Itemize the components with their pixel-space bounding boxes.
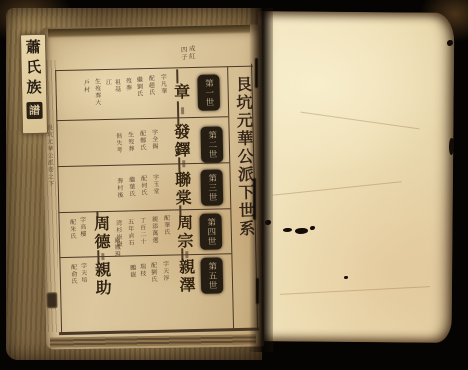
ancestor-name-gen1: 章: [169, 83, 192, 102]
annotation-column: 蟲鳳現: [113, 237, 120, 258]
annotation-column: 江: [104, 79, 111, 86]
chart-border-top: [55, 66, 253, 71]
annotation-column: 字高樓: [78, 216, 85, 237]
annotation-column: 鵬嶽: [129, 264, 136, 278]
annotation-column: 繼葉氏: [128, 176, 135, 197]
binding-stitch: [256, 278, 259, 304]
annotation-column: 配趙氏: [147, 75, 154, 96]
annotation-column: 配俞氏: [70, 264, 77, 285]
annotation-column: 生歿葬大: [93, 78, 101, 106]
annotation-column: 歿葬: [124, 77, 131, 91]
ancestor-name-gen3: 聯棠: [170, 171, 194, 208]
generation-label-1: 第一世: [197, 74, 220, 110]
ancestor-name-gen4a: 周宗: [172, 214, 196, 251]
annotation-column: 親添萬選: [150, 216, 158, 244]
generation-label-4: 第四世: [199, 213, 222, 249]
annotation-column: 字全錫: [151, 129, 158, 150]
link-annotation-mark: [181, 107, 184, 114]
generation-label-3: 第三世: [200, 169, 223, 205]
annotation-column: 字天淳: [161, 261, 168, 282]
annotation-column: 配鄭氏: [139, 130, 146, 151]
annotation-column: 俱失考: [115, 133, 122, 154]
ancestor-name-gen5a: 親澤: [174, 258, 198, 295]
ancestor-name-gen5b: 親助: [90, 261, 114, 298]
top-note-right-column: 成紅: [188, 45, 197, 60]
ink-stain: [449, 138, 454, 155]
ancestor-name-gen4b: 周德: [89, 215, 113, 252]
top-note-left-column: 四子: [180, 46, 189, 61]
annotation-column: 生歿葬: [127, 131, 134, 152]
annotation-column: 配何氏: [140, 175, 147, 196]
annotation-column: 祖基: [113, 79, 120, 93]
annotation-column: 五年貞石: [127, 218, 135, 246]
fold-edge-text: 艮坑元華公派卷之下: [44, 124, 54, 187]
lineage-connector-top: [176, 69, 178, 83]
band-line-3: [58, 208, 230, 213]
annotation-column: 丁百二十: [139, 217, 147, 245]
genealogy-chart: 艮坑元華公派下世系 成紅 四子 第一世 第二世 第三世 第四世 第五世 章 發鐸…: [37, 42, 266, 349]
band-line-1: [56, 116, 228, 121]
edge-stamp: [46, 292, 57, 308]
link-annotation-mark: [101, 253, 104, 260]
annotation-column: 字凡華: [159, 74, 166, 95]
lineage-connector-1-2: [177, 101, 179, 125]
annotation-column: 字天培: [80, 262, 87, 283]
generation-label-5: 第五世: [200, 257, 223, 293]
annotation-column: 配華氏: [162, 215, 169, 236]
annotation-column: 繼劉氏: [135, 76, 142, 97]
annotation-column: 葬村後: [116, 178, 123, 199]
ancestor-name-gen2: 發鐸: [169, 123, 193, 160]
band-line-2: [57, 162, 229, 167]
link-annotation-mark: [182, 160, 185, 167]
generation-label-2: 第二世: [200, 126, 223, 162]
annotation-column: 戶村: [82, 79, 89, 93]
chart-border-bottom: [59, 328, 259, 336]
annotation-column: 字玉堂: [152, 174, 159, 195]
annotation-column: 配朱氏: [69, 219, 76, 240]
annotation-column: 瑞枝: [139, 263, 146, 277]
binding-stitch: [253, 178, 256, 220]
annotation-column: 配劉氏: [150, 262, 157, 283]
book-scan-photo: 蕭氏族 譜 艮坑元華公派下世系 成紅 四子 第一世 第二世 第三世 第四世 第五…: [0, 0, 468, 370]
binding-stitch: [255, 58, 258, 88]
